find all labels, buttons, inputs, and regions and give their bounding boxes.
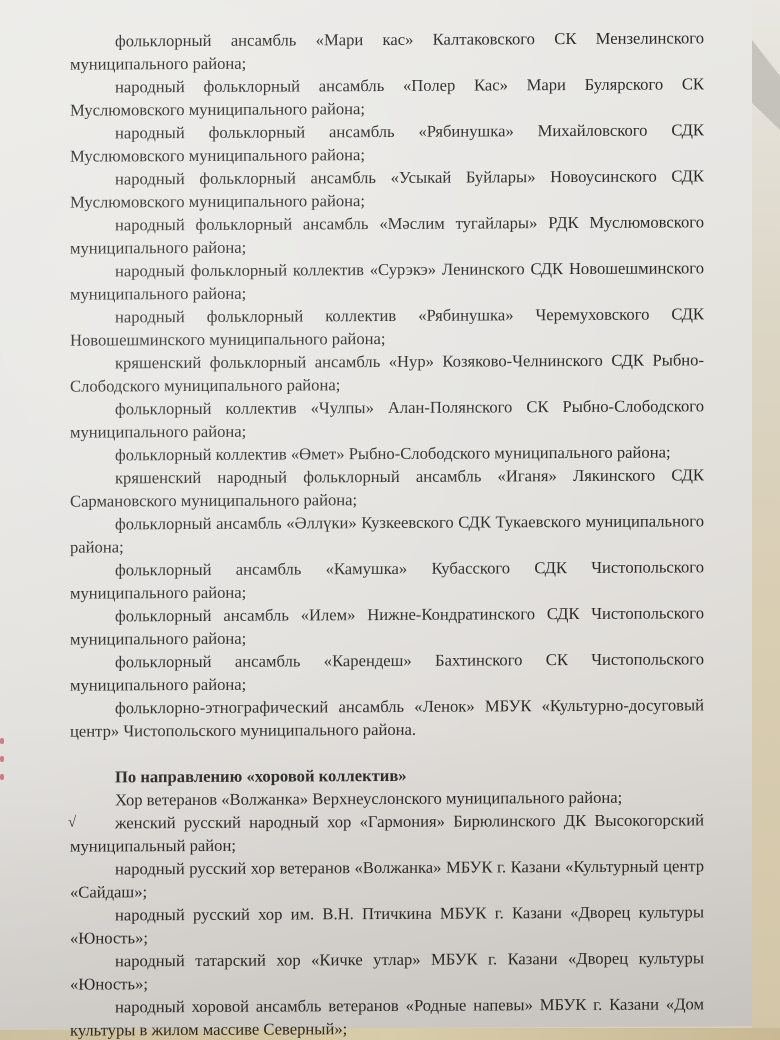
ink-mark — [0, 738, 4, 744]
list-item: женский русский народный хор «Гармония» … — [70, 808, 704, 857]
margin-ink-marks — [0, 738, 6, 798]
list-item: фольклорный коллектив «Өмет» Рыбно-Слобо… — [70, 440, 704, 466]
list-item: народный русский хор им. В.Н. Птичкина М… — [70, 900, 704, 949]
list-item: народный фольклорный ансамбль «Полер Кас… — [70, 72, 704, 121]
list-item: фольклорный ансамбль «Илем» Нижне-Кондра… — [70, 601, 704, 650]
ink-mark — [0, 756, 4, 762]
list-item: народный фольклорный коллектив «Сурэкэ» … — [70, 256, 704, 305]
list-item: народный фольклорный коллектив «Рябинушк… — [70, 302, 704, 351]
list-item: народный татарский хор «Кичке утлар» МБУ… — [70, 946, 704, 995]
list-item: народный фольклорный ансамбль «Рябинушка… — [70, 118, 704, 167]
document-page: фольклорный ансамбль «Мари кас» Калтаков… — [0, 0, 752, 1030]
list-item: фольклорный ансамбль «Мари кас» Калтаков… — [70, 26, 704, 75]
document-body: фольклорный ансамбль «Мари кас» Калтаков… — [70, 26, 704, 1040]
list-item: фольклорный ансамбль «Карендеш» Бахтинск… — [70, 647, 704, 696]
list-item: кряшенский фольклорный ансамбль «Нур» Ко… — [70, 348, 704, 397]
list-item: фольклорный ансамбль «Камушка» Кубасског… — [70, 555, 704, 604]
list-item: фольклорный коллектив «Чулпы» Алан-Полян… — [70, 394, 704, 443]
list-item: народный русский хор ветеранов «Волжанка… — [70, 854, 704, 903]
ink-mark — [0, 774, 4, 780]
list-item: народный хоровой ансамбль ветеранов «Род… — [70, 992, 704, 1040]
list-item: кряшенский народный фольклорный ансамбль… — [70, 463, 704, 512]
handwritten-check-icon: √ — [68, 812, 76, 835]
list-item: фольклорно-этнографический ансамбль «Лен… — [70, 693, 704, 742]
list-item: народный фольклорный ансамбль «Усыкай Бу… — [70, 164, 704, 213]
background-surface — [752, 0, 780, 1040]
list-item: народный фольклорный ансамбль «Мәслим ту… — [70, 210, 704, 259]
list-item: фольклорный ансамбль «Әллүки» Кузкеевско… — [70, 509, 704, 558]
section-heading-choir: По направлению «хоровой коллектив» — [70, 762, 704, 788]
list-item: Хор ветеранов «Волжанка» Верхнеуслонског… — [70, 785, 704, 811]
